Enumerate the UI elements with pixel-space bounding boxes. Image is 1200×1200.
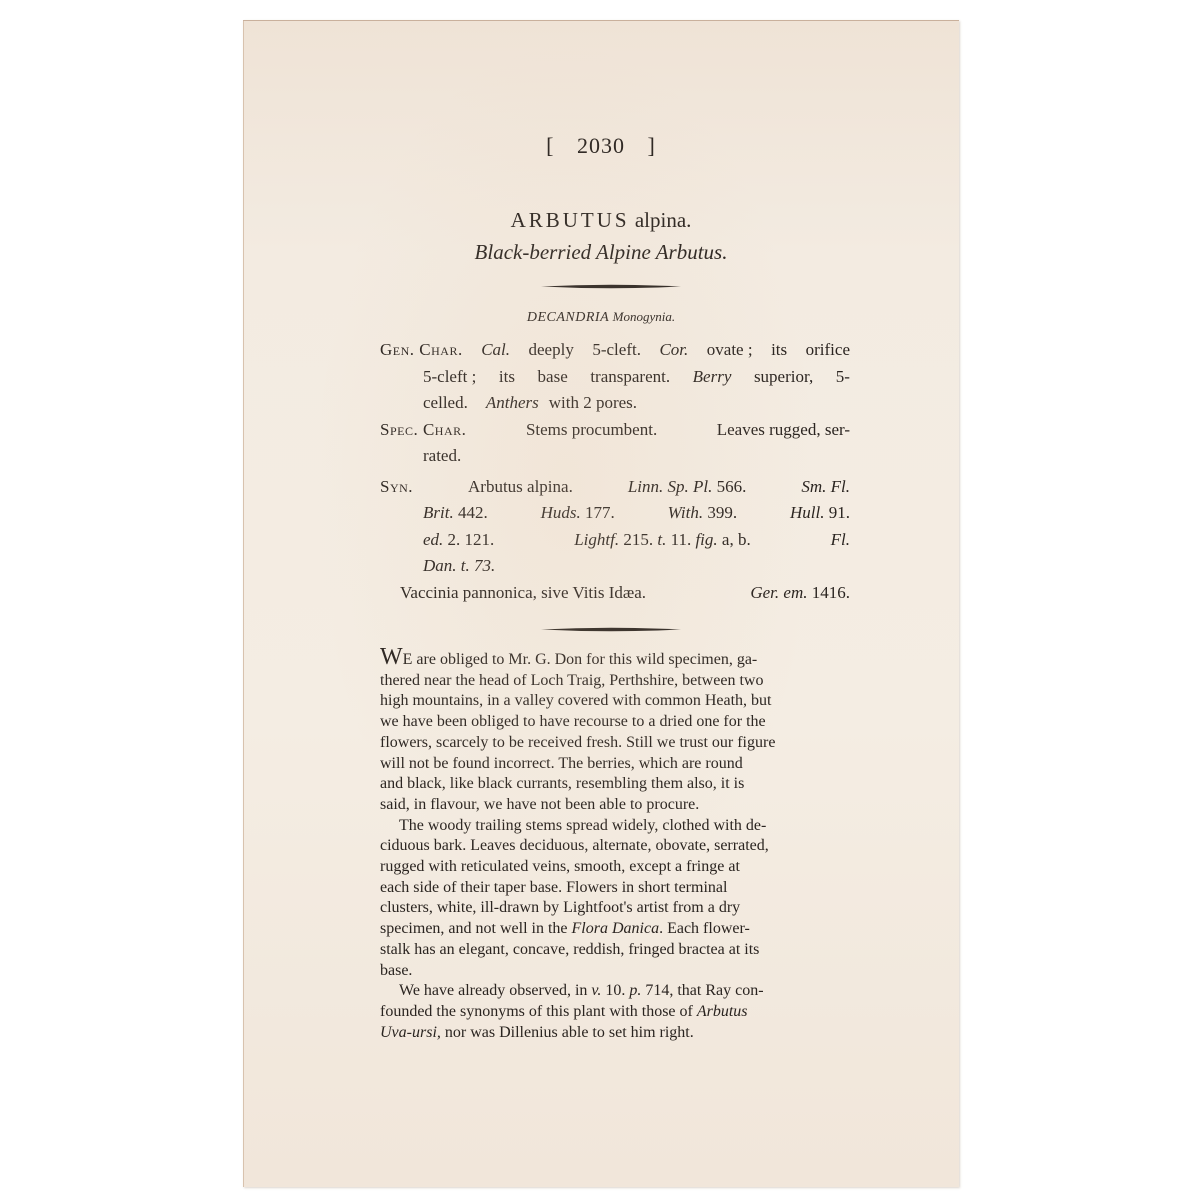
syn-line-2: Brit. 442.Huds. 177.With. 399.Hull. 91.: [380, 500, 850, 527]
bracket-close: ]: [648, 133, 656, 159]
page-number: [ 2030 ]: [243, 133, 959, 159]
gen-char-label: Gen. Char.: [380, 337, 463, 364]
para2-line-2: ciduous bark. Leaves deciduous, alternat…: [380, 836, 850, 857]
common-name: Black-berried Alpine Arbutus.: [243, 240, 959, 265]
rule-ornament-icon: [541, 627, 681, 632]
syn-extra-line: Vaccinia pannonica, sive Vitis Idæa.Ger.…: [380, 580, 850, 607]
para1-line-8: said, in flavour, we have not been able …: [380, 795, 850, 816]
para1-line-2: thered near the head of Loch Traig, Pert…: [380, 671, 850, 692]
class-name: DECANDRIA: [527, 310, 609, 325]
dropcap: W: [380, 644, 403, 670]
syn-label: Syn.: [380, 474, 413, 501]
syn-line-3: ed. 2. 121.Lightf. 215. t. 11. fig. a, b…: [380, 527, 850, 554]
ornamental-rule-middle: [541, 627, 681, 631]
syn-line-4: Dan. t. 73.: [380, 553, 850, 580]
order-name: Monogynia.: [613, 309, 675, 324]
genus-name: ARBUTUS: [511, 208, 630, 232]
bracket-open: [: [546, 133, 554, 159]
gen-char-line-2: 5-cleft ;itsbasetransparent.Berrysuperio…: [380, 364, 850, 391]
syn-line-1: Syn. Arbutus alpina.Linn. Sp. Pl. 566.Sm…: [380, 474, 850, 501]
plant-title: ARBUTUS alpina.: [243, 208, 959, 233]
para2-line-6: specimen, and not well in the Flora Dani…: [380, 919, 850, 940]
gen-char-line-1: Gen. Char. Cal.deeply5-cleft.Cor.ovate ;…: [380, 337, 850, 364]
para3-line-2: founded the synonyms of this plant with …: [380, 1002, 850, 1023]
para1-line-4: we have been obliged to have recourse to…: [380, 712, 850, 733]
para3-line-1: We have already observed, in v. 10. p. 7…: [380, 981, 850, 1002]
para2-line-8: base.: [380, 961, 850, 982]
gen-char-line-3: celled.Antherswith 2 pores.: [380, 390, 850, 417]
ornamental-rule-top: [541, 284, 681, 288]
characters-block: Gen. Char. Cal.deeply5-cleft.Cor.ovate ;…: [380, 337, 850, 606]
para2-line-5: clusters, white, ill-drawn by Lightfoot'…: [380, 898, 850, 919]
rule-ornament-icon: [541, 284, 681, 289]
species-name: alpina.: [635, 208, 692, 232]
book-page: [ 2030 ] ARBUTUS alpina. Black-berried A…: [243, 20, 959, 1187]
para1-line-7: and black, like black currants, resembli…: [380, 774, 850, 795]
para1-line-6: will not be found incorrect. The berries…: [380, 754, 850, 775]
page-number-value: 2030: [577, 133, 625, 158]
para1-line-3: high mountains, in a valley covered with…: [380, 691, 850, 712]
para1-line-1: WE are obliged to Mr. G. Don for this wi…: [380, 648, 850, 671]
para2-line-7: stalk has an elegant, concave, reddish, …: [380, 940, 850, 961]
spec-char-label: Spec. Char.: [380, 417, 466, 444]
para2-line-4: each side of their taper base. Flowers i…: [380, 878, 850, 899]
para3-line-3: Uva-ursi, nor was Dillenius able to set …: [380, 1023, 850, 1044]
spec-char-line-2: rated.: [380, 443, 850, 470]
description-body: WE are obliged to Mr. G. Don for this wi…: [380, 648, 850, 1043]
para1-line-5: flowers, scarcely to be received fresh. …: [380, 733, 850, 754]
para2-line-3: rugged with reticulated veins, smooth, e…: [380, 857, 850, 878]
linnaean-classification: DECANDRIA Monogynia.: [243, 309, 959, 326]
spec-char-line-1: Spec. Char. Stems procumbent.Leaves rugg…: [380, 417, 850, 444]
para2-line-1: The woody trailing stems spread widely, …: [380, 816, 850, 837]
